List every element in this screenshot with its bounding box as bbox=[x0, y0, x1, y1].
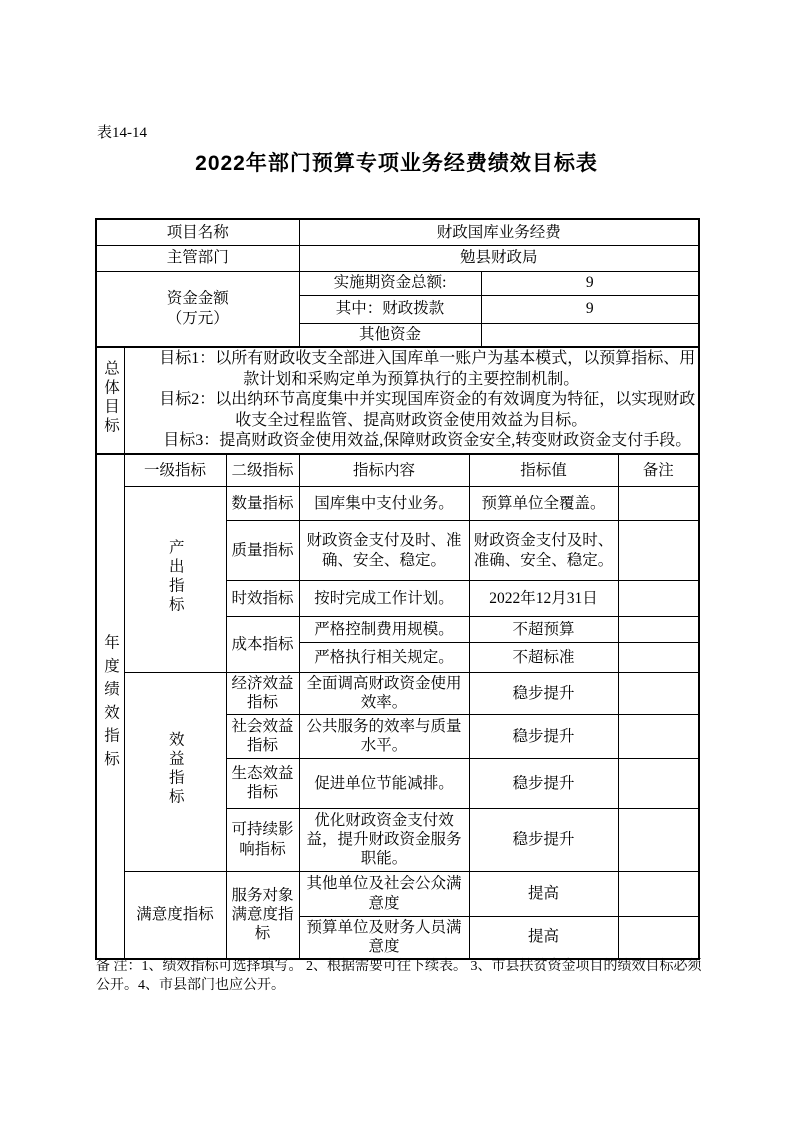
fund-fiscal-label: 其中：财政拨款 bbox=[299, 295, 481, 323]
col-header-remark: 备注 bbox=[618, 454, 699, 487]
annual-performance-header-text: 年度绩效指标 bbox=[103, 634, 119, 774]
overall-goal-header-text: 总体目标 bbox=[103, 360, 119, 436]
page-title: 2022年部门预算专项业务经费绩效目标表 bbox=[0, 147, 793, 177]
value-cell: 稳步提升 bbox=[469, 758, 618, 808]
fund-total-label: 实施期资金总额: bbox=[299, 271, 481, 295]
content-cell: 按时完成工作计划。 bbox=[299, 581, 469, 617]
content-cell: 严格控制费用规模。 bbox=[299, 617, 469, 643]
project-name-value: 财政国库业务经费 bbox=[299, 219, 699, 245]
goal-item: 目标3：提高财政资金使用效益,保障财政资金安全,转变财政资金支付手段。 bbox=[127, 431, 697, 452]
remark-cell bbox=[618, 808, 699, 871]
table-row: 年度绩效指标 一级指标 二级指标 指标内容 指标值 备注 bbox=[96, 454, 699, 487]
level2-cell: 质量指标 bbox=[226, 521, 299, 581]
table-number-label: 表14-14 bbox=[97, 121, 147, 142]
value-cell: 预算单位全覆盖。 bbox=[469, 487, 618, 521]
table-row: 产出指标 数量指标 国库集中支付业务。 预算单位全覆盖。 bbox=[96, 487, 699, 521]
performance-target-table: 项目名称 财政国库业务经费 主管部门 勉县财政局 资金金额 （万元） 实施期资金… bbox=[95, 218, 700, 960]
department-value: 勉县财政局 bbox=[299, 245, 699, 271]
remark-cell bbox=[618, 714, 699, 758]
value-cell: 不超标准 bbox=[469, 643, 618, 673]
level1-benefit-text: 效益指标 bbox=[167, 731, 183, 807]
content-cell: 全面调高财政资金使用效率。 bbox=[299, 673, 469, 715]
remark-cell bbox=[618, 871, 699, 916]
col-header-level1: 一级指标 bbox=[124, 454, 226, 487]
table-row: 项目名称 财政国库业务经费 bbox=[96, 219, 699, 245]
fund-other-value bbox=[481, 323, 699, 347]
table-row: 主管部门 勉县财政局 bbox=[96, 245, 699, 271]
remark-cell bbox=[618, 521, 699, 581]
content-cell: 优化财政资金支付效益，提升财政资金服务职能。 bbox=[299, 808, 469, 871]
remark-cell bbox=[618, 758, 699, 808]
level2-cell: 数量指标 bbox=[226, 487, 299, 521]
level1-output: 产出指标 bbox=[124, 487, 226, 673]
remark-cell bbox=[618, 581, 699, 617]
value-cell: 提高 bbox=[469, 871, 618, 916]
content-cell: 财政资金支付及时、准确、安全、稳定。 bbox=[299, 521, 469, 581]
content-cell: 严格执行相关规定。 bbox=[299, 643, 469, 673]
remark-cell bbox=[618, 916, 699, 958]
col-header-level2: 二级指标 bbox=[226, 454, 299, 487]
remark-cell bbox=[618, 673, 699, 715]
level1-satisfaction: 满意度指标 bbox=[124, 871, 226, 958]
value-cell: 稳步提升 bbox=[469, 808, 618, 871]
remark-cell bbox=[618, 487, 699, 521]
document-page: 表14-14 2022年部门预算专项业务经费绩效目标表 项目名称 财政国库业务经… bbox=[0, 0, 793, 1122]
annual-performance-header: 年度绩效指标 bbox=[96, 454, 124, 959]
content-cell: 国库集中支付业务。 bbox=[299, 487, 469, 521]
value-cell: 财政资金支付及时、准确、安全、稳定。 bbox=[469, 521, 618, 581]
fund-amount-label: 资金金额 （万元） bbox=[96, 271, 299, 347]
content-cell: 促进单位节能减排。 bbox=[299, 758, 469, 808]
goal-item: 目标2：以出纳环节高度集中并实现国库资金的有效调度为特征，以实现财政收支全过程监… bbox=[127, 390, 697, 431]
fund-fiscal-value: 9 bbox=[481, 295, 699, 323]
level1-benefit: 效益指标 bbox=[124, 673, 226, 872]
content-cell: 公共服务的效率与质量水平。 bbox=[299, 714, 469, 758]
level1-output-text: 产出指标 bbox=[167, 539, 183, 615]
col-header-value: 指标值 bbox=[469, 454, 618, 487]
overall-goal-cell: 目标1：以所有财政收支全部进入国库单一账户为基本模式，以预算指标、用款计划和采购… bbox=[124, 347, 699, 454]
table-row: 满意度指标 服务对象满意度指标 其他单位及社会公众满意度 提高 bbox=[96, 871, 699, 916]
fund-total-value: 9 bbox=[481, 271, 699, 295]
footer-note: 备 注：1、绩效指标可选择填写。 2、根据需要可往下续表。 3、市县扶贫资金项目… bbox=[96, 958, 711, 996]
value-cell: 提高 bbox=[469, 916, 618, 958]
fund-other-label: 其他资金 bbox=[299, 323, 481, 347]
table-row: 总体目标 目标1：以所有财政收支全部进入国库单一账户为基本模式，以预算指标、用款… bbox=[96, 347, 699, 454]
level2-cell: 时效指标 bbox=[226, 581, 299, 617]
overall-goal-header: 总体目标 bbox=[96, 347, 124, 454]
goal-item: 目标1：以所有财政收支全部进入国库单一账户为基本模式，以预算指标、用款计划和采购… bbox=[127, 349, 697, 390]
value-cell: 2022年12月31日 bbox=[469, 581, 618, 617]
project-name-label: 项目名称 bbox=[96, 219, 299, 245]
level2-cell: 社会效益指标 bbox=[226, 714, 299, 758]
value-cell: 不超预算 bbox=[469, 617, 618, 643]
table-row: 资金金额 （万元） 实施期资金总额: 9 bbox=[96, 271, 699, 295]
table-row: 效益指标 经济效益指标 全面调高财政资金使用效率。 稳步提升 bbox=[96, 673, 699, 715]
level2-cell: 成本指标 bbox=[226, 617, 299, 673]
level2-cell: 可持续影响指标 bbox=[226, 808, 299, 871]
value-cell: 稳步提升 bbox=[469, 673, 618, 715]
department-label: 主管部门 bbox=[96, 245, 299, 271]
value-cell: 稳步提升 bbox=[469, 714, 618, 758]
remark-cell bbox=[618, 617, 699, 643]
level2-cell: 经济效益指标 bbox=[226, 673, 299, 715]
col-header-content: 指标内容 bbox=[299, 454, 469, 487]
content-cell: 预算单位及财务人员满意度 bbox=[299, 916, 469, 958]
content-cell: 其他单位及社会公众满意度 bbox=[299, 871, 469, 916]
level2-cell: 服务对象满意度指标 bbox=[226, 871, 299, 958]
level2-cell: 生态效益指标 bbox=[226, 758, 299, 808]
remark-cell bbox=[618, 643, 699, 673]
